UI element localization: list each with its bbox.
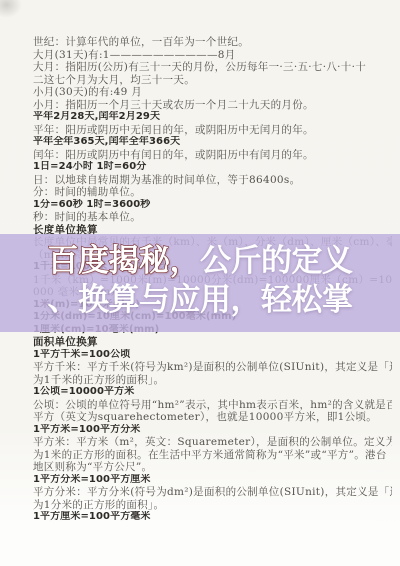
overlay-title: 百度揭秘，公斤的定义 、换算与应用，轻松掌: [0, 241, 400, 319]
overlay-title-line2: 、换算与应用，轻松掌: [0, 280, 400, 319]
doc-line: 公顷：公顷的单位符号用“hm²”表示，其中hm表示百米，hm²的含义就是百米的: [33, 399, 392, 412]
doc-line: 秒：时间的基本单位。: [33, 211, 392, 224]
doc-line: 平年全年365天,闰年全年366天: [33, 136, 392, 149]
section-heading-area: 面积单位换算: [33, 336, 392, 349]
doc-line: 平方（英文为squarehectometer），也就是10000平方米，即1公顷…: [33, 411, 392, 424]
doc-line: 日：以地球自转周期为基准的时间单位，等于86400s。: [33, 174, 392, 187]
doc-line: 小月(30天)的有:49 月: [33, 86, 392, 99]
doc-line: 1平方千米=100公顷: [33, 349, 392, 362]
doc-line: 世纪：计算年代的单位，一百年为一个世纪。: [33, 36, 392, 49]
page: { "overlay": { "band_color": "rgba(192,1…: [0, 0, 400, 566]
doc-line: 1日=24小时 1时=60分: [33, 161, 392, 174]
doc-line: 1平方厘米=100平方毫米: [33, 511, 392, 524]
doc-line: 为1千米的正方形的面积」。: [33, 374, 392, 387]
doc-line: 1分=60秒 1时=3600秒: [33, 199, 392, 212]
doc-line: 平方千米：平方千米(符号为km²)是面积的公制单位(SIUnit)，其定义是「边…: [33, 361, 392, 374]
doc-line: 平年：阳历或阴历中无闰日的年，或阴阳历中无闰月的年。: [33, 124, 392, 137]
doc-line: 二这七个月为大月，均三十一天。: [33, 74, 392, 87]
doc-line: 大月：指阳历(公历)有三十一天的月份，公历每年一·三·五·七·八·十·十: [33, 61, 392, 74]
doc-line: 平年2月28天,闰年2月29天: [33, 111, 392, 124]
overlay-title-line1-red: 百度揭秘，: [48, 243, 201, 278]
doc-line: 平方分米：平方分米(符号为dm²)是面积的公制单位(SIUnit)，其定义是「边…: [33, 486, 392, 499]
doc-line: 为1分米的正方形的面积」。: [33, 499, 392, 512]
overlay-title-line1: 百度揭秘，公斤的定义: [0, 241, 400, 280]
doc-line: 为1米的正方形的面积。在生活中平方米通常简称为“平米”或“平方”。港台: [33, 449, 392, 462]
doc-line: 1平方米=100平方分米: [33, 424, 392, 437]
doc-line: 小月：指阳历一个月三十天或农历一个月二十九天的月份。: [33, 99, 392, 112]
doc-line: 分：时间的辅助单位。: [33, 186, 392, 199]
overlay-title-line1-white: 公斤的定义: [200, 243, 353, 278]
doc-line: 平方米：平方米（m²，英文：Squaremeter），是面积的公制单位。定义为边…: [33, 436, 392, 449]
doc-line: 闰年：阳历或阴历中有闰日的年，或阴阳历中有闰月的年。: [33, 149, 392, 162]
doc-line: 大月(31天)有:1——————————8月: [33, 49, 392, 62]
doc-line: 1公顷=10000平方米: [33, 386, 392, 399]
doc-line: 1平方分米=100平方厘米: [33, 474, 392, 487]
doc-line: 地区则称为“平方公尺”。: [33, 461, 392, 474]
corner-smudge: [0, 0, 22, 18]
